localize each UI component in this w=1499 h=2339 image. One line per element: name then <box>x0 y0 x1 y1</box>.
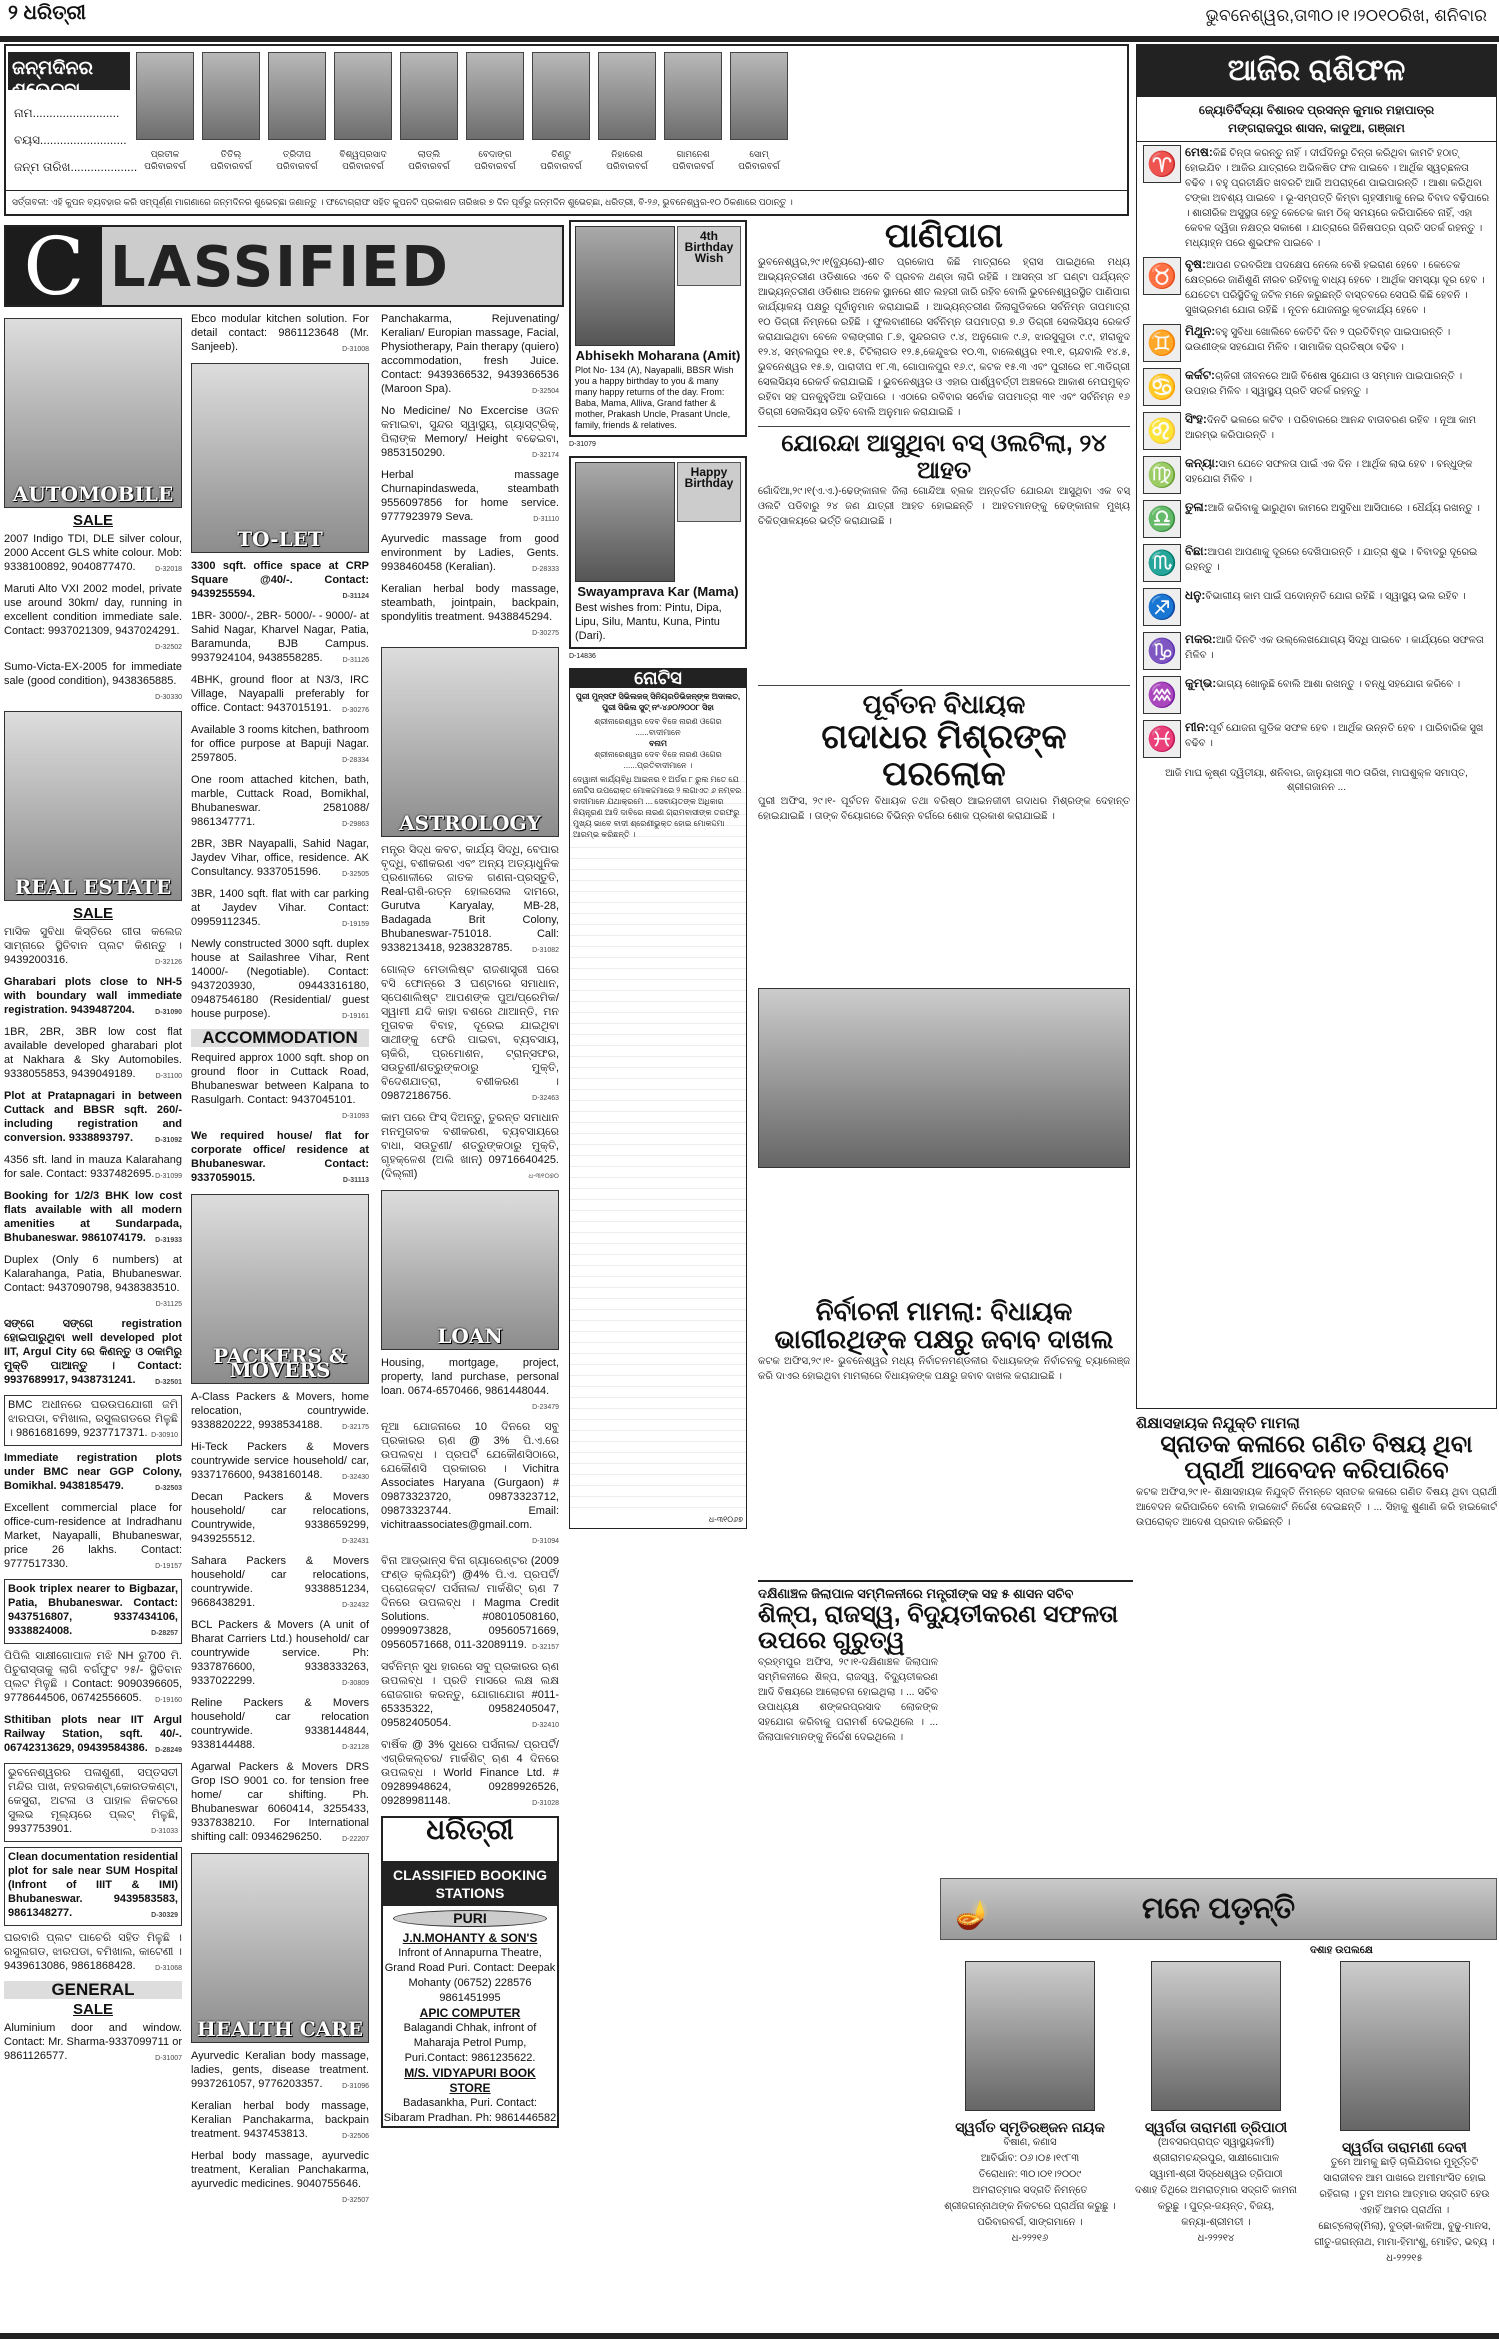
loan-image: LOAN <box>381 1190 559 1350</box>
ad-code: D-31933 <box>155 1234 182 1248</box>
classified-ad: 1BR, 2BR, 3BR low cost flat available de… <box>4 1025 182 1084</box>
horoscope-text: ସିଂହ:ଦିନଟି ଭଲରେ କଟିବ । ପରିବାରରେ ଆନନ୍ଦ ବା… <box>1185 412 1490 450</box>
classified-ad: We required house/ flat for corporate of… <box>191 1129 369 1188</box>
birthday-wish-card: Happy Birthday Swayamprava Kar (Mama) Be… <box>569 456 747 649</box>
sign-name: ବିଛା: <box>1185 544 1208 558</box>
ad-list: Aluminium door and window. Contact: Mr. … <box>4 2021 182 2066</box>
birthday-coupon-title: ଜନ୍ମଦିନର ଶୁଭେଚ୍ଛା <box>8 52 130 90</box>
coupon-age-field: ବୟସ.......................... <box>14 127 137 154</box>
libra-icon: ♎ <box>1143 500 1181 538</box>
sign-name: ଧନୁ: <box>1185 588 1205 602</box>
ad-code: D-14836 <box>569 653 747 660</box>
banner-c: C <box>6 227 102 307</box>
classified-ad: Book triplex nearer to Bigbazar, Patia, … <box>4 1579 182 1644</box>
kid-card: ବିଶ୍ୱପ୍ରସାଦପରିବାରବର୍ଗ <box>334 52 392 172</box>
classified-ad: ସଙ୍ଗେ ସଙ୍ଗେ registration ହୋଇପାରୁଥିବା wel… <box>4 1317 182 1390</box>
station-detail: Badasankha, Puri. Contact: Sibaram Pradh… <box>383 2096 557 2126</box>
classified-ad: Agarwal Packers & Movers DRS Grop ISO 90… <box>191 1760 369 1847</box>
horoscope-sign: ♉ବୃଷ:ଆପଣ ତରବରିଆ ପଦକ୍ଷେପ ନେଲେ ବେଶି ହଇରାଣ … <box>1137 254 1496 321</box>
weather-title: ପାଣିପାଗ <box>758 218 1130 255</box>
sign-name: ମକର: <box>1185 632 1216 646</box>
ad-code: D-31082 <box>532 944 559 958</box>
kid-photo <box>598 52 656 140</box>
classified-ad: A-Class Packers & Movers, home relocatio… <box>191 1390 369 1435</box>
wish-name: Abhisekh Moharana (Amit) <box>575 350 741 361</box>
obituary-card: ସ୍ୱର୍ଗତା ତାରାମଣୀ ଦେବୀ ତୁମେ ଆମକୁ ଛାଡ଼ି ଚା… <box>1312 1945 1497 2267</box>
obituary-line: ଅମରାତ୍ମାର ସଦ୍‌ଗତି ନିମନ୍ତେ ଶ୍ରୀଜଗନ୍ନାଥଙ୍କ… <box>940 2183 1120 2215</box>
kid-name: ସୋମ୍ <box>730 148 788 160</box>
kid-card: ଗାମନେଶପରିବାରବର୍ଗ <box>664 52 722 172</box>
classified-ad: Ebco modular kitchen solution. For detai… <box>191 312 369 357</box>
wish-body: Plot No- 134 (A), Nayapalli, BBSR Wish y… <box>575 365 741 431</box>
classified-ad: Keralian herbal body massage, steambath,… <box>381 582 559 641</box>
mla-body-cont <box>758 1172 1130 1297</box>
mane-padanti-banner: 🪔 ମନେ ପଡ଼ନ୍ତି <box>940 1878 1497 1940</box>
classified-ad: କାମ ପରେ ଫିସ୍ ଦିଅନ୍ତୁ, ତୁରନ୍ତ ସମାଧାନ ମନମୁ… <box>381 1111 559 1184</box>
election-headline-2: ଭାଗୀରଥିଙ୍କ ପକ୍ଷରୁ ଜବାବ ଦାଖଲ <box>758 1325 1130 1354</box>
ad-code: ଧ-୨୨୨୧୪ <box>1126 2231 1306 2247</box>
obituary-line: ପରିବାରବର୍ଗ, ସାଙ୍ଗମାନେ । <box>940 2215 1120 2231</box>
horoscope-text: କନ୍ୟା:ସାମ ଯେତେ ସଫଳତା ପାଇଁ ଏକ ଦିନ । ଆର୍ଥି… <box>1185 456 1490 494</box>
kid-photo <box>466 52 524 140</box>
ad-code: D-30809 <box>342 1677 369 1691</box>
ad-code: D-32430 <box>342 1471 369 1485</box>
horoscope-title: ଆଜିର ରାଶିଫଳ <box>1137 45 1496 97</box>
kid-card: ପ୍ରତୀକପରିବାରବର୍ଗ <box>136 52 194 172</box>
scorpio-icon: ♏ <box>1143 544 1181 582</box>
ad-text: Required approx 1000 sqft. shop on groun… <box>191 1052 369 1106</box>
classified-ad: Herbal massage Churnapindasweda, steamba… <box>381 468 559 527</box>
booking-city: PURI <box>393 1910 547 1927</box>
birthday-coupon: ଜନ୍ମଦିନର ଶୁଭେଚ୍ଛା ନାମ...................… <box>4 44 1129 216</box>
classified-ad: Duplex (Only 6 numbers) at Kalarahanga, … <box>4 1253 182 1312</box>
gemini-icon: ♊ <box>1143 324 1181 362</box>
sign-name: ତୁଳା: <box>1185 500 1208 514</box>
classified-ad: Reline Packers & Movers household/ car r… <box>191 1696 369 1755</box>
horoscope-text: ମେଷ:କିଛି ଚିନ୍ତା କରନ୍ତୁ ନାହିଁ । ଦୀର୍ଘଦିନର… <box>1185 145 1490 251</box>
diya-icon: 🪔 <box>955 1885 990 1945</box>
kid-name: ଲାଡ୍‌ଲି <box>400 148 458 160</box>
classified-ad: ବାର୍ଷିକ @ 3% ସୁଧରେ ପର୍ସନାଲ/ ପ୍ରପର୍ଟି/ ଏଗ… <box>381 1738 559 1811</box>
classified-ad: ବିନା ଆଡ୍‌ଭାନ୍ସ ବିନା ଗ୍ୟାରେଣ୍ଟର (2009 ଫଣ୍… <box>381 1554 559 1655</box>
ad-text: Maruti Alto VXI 2002 model, private use … <box>4 583 182 637</box>
kid-from: ପରିବାରବର୍ଗ <box>532 160 590 172</box>
horoscope-text: ବୃଷ:ଆପଣ ତରବରିଆ ପଦକ୍ଷେପ ନେଲେ ବେଶି ହଇରାଣ ହ… <box>1185 257 1490 318</box>
ad-code: D-31079 <box>569 441 747 448</box>
ad-code: D-19161 <box>342 1010 369 1024</box>
aries-icon: ♈ <box>1143 145 1181 183</box>
ad-code: D-28334 <box>342 754 369 768</box>
sale-heading: SALE <box>4 514 182 528</box>
obituary-name: ସ୍ୱର୍ଗତ ସ୍ମୃତିରଞ୍ଜନ ନାୟକ <box>940 2119 1120 2135</box>
page-label: ୨ ଧରିତ୍ରୀ <box>8 2 86 25</box>
bus-body: ଗୋଁଦିଆ,୨୯।୧(ଏ.ଏ.)-ଢେଙ୍କାନାଳ ଜିଲା ଗୋନ୍ଦିଆ… <box>758 484 1130 679</box>
ad-code: D-30275 <box>532 627 559 641</box>
classified-ad: Sahara Packers & Movers household/ car r… <box>191 1554 369 1613</box>
classified-ad: No Medicine/ No Excercise ଓଜନ କମାଇବା, ସୁ… <box>381 404 559 463</box>
obituary-line: ତୁମେ ଆମକୁ ଛାଡ଼ି ଚାଲିଯିବାର ମୁହୂର୍ତ୍ତଟି ସା… <box>1312 2155 1497 2219</box>
author-name: ଜ୍ୟୋତିର୍ବିଦ୍ୟା ବିଶାରଦ ପ୍ରସନ୍ନ କୁମାର ମହାପ… <box>1141 101 1492 119</box>
teacher-story: ଶିକ୍ଷାସହାୟକ ନିଯୁକ୍ତି ମାମଲା ସ୍ନାତକ କଳାରେ … <box>1136 1415 1497 1785</box>
classified-ad: Gharabari plots close to NH-5 with bound… <box>4 975 182 1020</box>
ad-code: D-30910 <box>151 1429 178 1443</box>
funeral-photo <box>758 988 1130 1168</box>
kid-from: ପରିବାରବର୍ଗ <box>400 160 458 172</box>
kid-from: ପରିବାରବର୍ଗ <box>268 160 326 172</box>
obituary-card: ସ୍ୱର୍ଗତ ସ୍ମୃତିରଞ୍ଜନ ନାୟକ ବିଷାଣ, କଣାସ ଆବି… <box>940 1945 1120 2267</box>
classified-ad: BMC ଅଧୀନରେ ଘରଉପଯୋଗୀ ଜମି ଝାରପଡା, ବମିଖାଲ, … <box>4 1395 182 1446</box>
horoscope-text: ମକର:ଆଜି ଦିନଟି ଏକ ଉଲ୍ଲେଖଯୋଗ୍ୟ ସିଦ୍ଧି ପାଇବ… <box>1185 632 1490 670</box>
booking-title: CLASSIFIED BOOKING STATIONS <box>383 1862 557 1906</box>
classified-ad: ପିପିଲି ସାକ୍ଷୀଗୋପାଳ ମଝି NH ରୁ700 ମି. ପିଚୁ… <box>4 1649 182 1708</box>
accommodation-heading: ACCOMMODATION <box>191 1029 369 1047</box>
classified-ad: Herbal body massage, ayurvedic treatment… <box>191 2149 369 2208</box>
ad-code: D-31124 <box>343 590 369 604</box>
obituary-photo <box>1151 1961 1281 2111</box>
kid-card: ଚିଣ୍ଟୁପରିବାରବର୍ଗ <box>532 52 590 172</box>
ad-list: Housing, mortgage, project, property, la… <box>381 1356 559 1811</box>
station-detail: Infront of Annapurna Theatre, Grand Road… <box>383 1946 557 2006</box>
ad-code: D-32463 <box>532 1092 559 1106</box>
ad-list: Ebco modular kitchen solution. For detai… <box>191 312 369 357</box>
classified-ad: One room attached kitchen, bath, marble,… <box>191 773 369 832</box>
horoscope-sign: ♐ଧନୁ:ବିଭାଗୀୟ କାମ ପାଇଁ ପଦୋନ୍ନତି ଯୋଗ ରହିଛି… <box>1137 585 1496 629</box>
classified-ad: Sumo-Victa-EX-2005 for immediate sale (g… <box>4 660 182 705</box>
kid-name: ତିତିଲ୍ <box>202 148 260 160</box>
weather-story: ପାଣିପାଗ ଭୁବନେଶ୍ୱର,୨୯।୧(ବ୍ୟୁରୋ)-ଶୀତ ପ୍ରକୋ… <box>758 218 1130 1524</box>
classified-ad: Housing, mortgage, project, property, la… <box>381 1356 559 1415</box>
kid-from: ପରିବାରବର୍ଗ <box>730 160 788 172</box>
horoscope-signs: ♈ମେଷ:କିଛି ଚିନ୍ତା କରନ୍ତୁ ନାହିଁ । ଦୀର୍ଘଦିନ… <box>1137 142 1496 761</box>
classified-ad: BCL Packers & Movers (A unit of Bharat C… <box>191 1618 369 1691</box>
mla-headline-1: ପୂର୍ବତନ ବିଧାୟକ <box>758 685 1130 719</box>
banner-rest: LASSIFIED <box>110 235 450 300</box>
ad-code: D-32174 <box>532 449 559 463</box>
mla-headline-2: ଗଦାଧର ମିଶ୍ରଙ୍କ ପରଲୋକ <box>758 719 1130 794</box>
horoscope-footer: ଆଜି ମାଘ କୃଷ୍ଣ ଦ୍ୱିତୀୟା, ଶନିବାର, ଜାନୁୟାରୀ… <box>1137 761 1496 801</box>
taurus-icon: ♉ <box>1143 257 1181 295</box>
mane-padanti-title: ମନେ ପଡ଼ନ୍ତି <box>1142 1892 1295 1925</box>
ad-code: D-32505 <box>342 868 369 882</box>
ad-text: Newly constructed 3000 sqft. duplex hous… <box>191 938 369 1020</box>
ad-code: D-31008 <box>342 343 369 357</box>
cancer-icon: ♋ <box>1143 368 1181 406</box>
packers-movers-image: PACKERS & MOVERS <box>191 1194 369 1384</box>
notice-plaintiff: ଶ୍ରୀନାରେଶ୍ୱର ଦେବ ବିଜେ ନାରଣ ଓଗେର ......ବା… <box>570 716 746 738</box>
ad-text: ନୂଆ ଯୋଜନାରେ 10 ଦିନରେ ସବୁ ପ୍ରକାରର ଋଣ @ 3%… <box>381 1421 559 1531</box>
horoscope-sign: ♒କୁମ୍ଭ:ଭାଗ୍ୟ ଖୋଲୁଛି ବୋଲି ଆଶା ରଖନ୍ତୁ । ବନ… <box>1137 673 1496 717</box>
pisces-icon: ♓ <box>1143 720 1181 758</box>
ad-code: ଧ-୨୨୨୧୬ <box>940 2231 1120 2247</box>
wish-body: Best wishes from: Pintu, Dipa, Lipu, Sil… <box>575 601 741 643</box>
notice-body: ଦେୱାନୀ କାର୍ଯ୍ୟବିଧି ଆଇନର ୧ ଅର୍ଡର ୮ ରୁଲ ମତ… <box>570 771 746 1511</box>
station-name: J.N.MOHANTY & SON'S <box>383 1931 557 1946</box>
ad-code: D-32431 <box>342 1535 369 1549</box>
category-label: PACKERS & MOVERS <box>192 1349 368 1377</box>
ad-code: D-32126 <box>155 956 182 970</box>
classified-ad: Panchakarma, Rejuvenating/ Keralian/ Eur… <box>381 312 559 399</box>
classified-ad: 4356 sft. land in mauza Kalarahang for s… <box>4 1153 182 1184</box>
ad-code: ଧ-୩୧୦୬୭ <box>570 1511 746 1528</box>
bottom-rule <box>0 2333 1499 2339</box>
obituary-line: ସ୍ୱାମୀ-ଶ୍ରୀ ସିଦ୍ଧେଶ୍ୱର ତ୍ରିପାଠୀ <box>1126 2167 1306 2183</box>
horoscope-text: ମୀନ:ପୂର୍ବ ଯୋଜନା ଗୁଡିକ ସଫଳ ହେବ । ଆର୍ଥିକ ଉ… <box>1185 720 1490 758</box>
horoscope-text: କୁମ୍ଭ:ଭାଗ୍ୟ ଖୋଲୁଛି ବୋଲି ଆଶା ରଖନ୍ତୁ । ବନ୍… <box>1185 676 1460 714</box>
kid-photo <box>532 52 590 140</box>
coupon-name-field: ନାମ.......................... <box>14 100 137 127</box>
sign-name: ସିଂହ: <box>1185 412 1207 426</box>
election-body: କଟକ ଅଫିସ,୨୯।୧- ଭୁବନେଶ୍ୱର ମଧ୍ୟ ନିର୍ବାଚନମଣ… <box>758 1354 1130 1524</box>
classified-ad: Ayurvedic massage from good environment … <box>381 532 559 577</box>
ad-list: Ayurvedic Keralian body massage, ladies,… <box>191 2049 369 2208</box>
horoscope-sign: ♑ମକର:ଆଜି ଦିନଟି ଏକ ଉଲ୍ଲେଖଯୋଗ୍ୟ ସିଦ୍ଧି ପାଇ… <box>1137 629 1496 673</box>
horoscope-text: ମିଥୁନ:ବହୁ ସୁବିଧା ଖୋଲିବେ କେତିଟି ଦିନ ୨ ପ୍ର… <box>1185 324 1490 362</box>
classified-ad: Booking for 1/2/3 BHK low cost flats ava… <box>4 1189 182 1248</box>
kid-name: ଗାମନେଶ <box>664 148 722 160</box>
wish-photo <box>575 226 675 346</box>
ad-text: Agarwal Packers & Movers DRS Grop ISO 90… <box>191 1761 369 1843</box>
ad-code: D-31125 <box>156 1298 182 1312</box>
health-care-image: HEALTH CARE <box>191 1853 369 2043</box>
ad-text: Housing, mortgage, project, property, la… <box>381 1357 559 1397</box>
category-label: LOAN <box>382 1329 558 1343</box>
obituary-line: ଶ୍ରୀରାମଚନ୍ଦ୍ରପୁର, ସାକ୍ଷୀଗୋପାଳ <box>1126 2151 1306 2167</box>
obituary-name: ସ୍ୱର୍ଗତା ତାରାମଣୀ ଦେବୀ <box>1312 2139 1497 2155</box>
ad-code: D-31096 <box>342 2080 369 2094</box>
category-label: REAL ESTATE <box>5 880 181 894</box>
teacher-body: କଟକ ଅଫିସ,୨୯।୧- ଶିକ୍ଷାସହାୟକ ନିଯୁକ୍ତି ନିମନ… <box>1136 1485 1497 1785</box>
ad-code: D-32018 <box>155 563 182 577</box>
classified-banner: C LASSIFIED <box>4 225 564 307</box>
kid-photo <box>730 52 788 140</box>
horoscope-text: କର୍କଟ:ଚାକିରୀ ଜୀବନରେ ଆଜି ବିଶେଷ ସୁଯୋଗ ଓ ସମ… <box>1185 368 1490 406</box>
ad-list: Panchakarma, Rejuvenating/ Keralian/ Eur… <box>381 312 559 641</box>
station-name: APIC COMPUTER <box>383 2006 557 2021</box>
ad-list: 3300 sqft. office space at CRP Square @4… <box>191 559 369 1024</box>
masthead-rule <box>0 36 1499 42</box>
classified-ad: ସର୍ବନିମ୍ନ ସୁଧ ହାରରେ ସବୁ ପ୍ରକାରର ଋଣ ଉପଲବ୍… <box>381 1660 559 1733</box>
ad-code: D-30329 <box>151 1909 178 1923</box>
ad-text: ଗୋଲ୍ଡ ମେଡାଲିଷ୍ଟ ରାଜଶାସ୍ତ୍ରୀ ଘରେ ବସି ଫୋନ୍… <box>381 964 559 1102</box>
to-let-image: TO-LET <box>191 363 369 553</box>
sign-name: ମିଥୁନ: <box>1185 324 1215 338</box>
sign-name: କର୍କଟ: <box>1185 368 1215 382</box>
obituary-line: ଦଶାହ ତିଥିରେ ଅମରାତ୍ମାର ସଦ୍‌ଗତି କାମନା କରୁଛ… <box>1126 2183 1306 2215</box>
classified-ad: 1BR- 3000/-, 2BR- 5000/- - 9000/- at Sah… <box>191 609 369 668</box>
kid-name: ବିଶ୍ୱପ୍ରସାଦ <box>334 148 392 160</box>
kid-name: ବେଦାଙ୍ଗ <box>466 148 524 160</box>
dharitri-logo: ଧରିତ୍ରୀ <box>383 1818 557 1862</box>
dateline: ଭୁବନେଶ୍ୱର,ତା୩୦।୧।୨୦୧୦ରିଖ, ଶନିବାର <box>1206 6 1487 26</box>
category-label: TO-LET <box>192 532 368 546</box>
ad-code: D-31093 <box>342 1110 369 1124</box>
kid-from: ପରିବାରବର୍ଗ <box>466 160 524 172</box>
bus-headline: ଯୋରନ୍ଦା ଆସୁଥିବା ବସ୍ ଓଲଟିଲା, ୨୪ ଆହତ <box>758 426 1130 484</box>
ad-code: D-29863 <box>342 818 369 832</box>
ad-code: D-32128 <box>342 1741 369 1755</box>
horoscope-sign: ♌ସିଂହ:ଦିନଟି ଭଲରେ କଟିବ । ପରିବାରରେ ଆନନ୍ଦ ବ… <box>1137 409 1496 453</box>
classified-ad: 2BR, 3BR Nayapalli, Sahid Nagar, Jaydev … <box>191 837 369 882</box>
ad-code: D-31113 <box>343 1174 369 1188</box>
kid-card: ନିହାରେଶପରିବାରବର୍ଗ <box>598 52 656 172</box>
coupon-terms: ସର୍ତ୍ତାବଳୀ: ଏହି କୁପନ ବ୍ୟବହାର କରି ସମ୍ପୂର୍… <box>6 190 1127 214</box>
horoscope-author: ଜ୍ୟୋତିର୍ବିଦ୍ୟା ବିଶାରଦ ପ୍ରସନ୍ନ କୁମାର ମହାପ… <box>1137 97 1496 142</box>
sign-name: କୁମ୍ଭ: <box>1185 676 1216 690</box>
classified-ad: Plot at Pratapnagari in between Cuttack … <box>4 1089 182 1148</box>
ad-list: 2007 Indigo TDI, DLE silver colour, 2000… <box>4 532 182 705</box>
classified-ad: Available 3 rooms kitchen, bathroom for … <box>191 723 369 768</box>
kid-from: ପରିବାରବର୍ଗ <box>664 160 722 172</box>
teacher-headline-1: ସ୍ନାତକ କଳାରେ ଗଣିତ ବିଷୟ ଥିବା <box>1136 1432 1497 1458</box>
horoscope-sign: ♋କର୍କଟ:ଚାକିରୀ ଜୀବନରେ ଆଜି ବିଶେଷ ସୁଯୋଗ ଓ ସ… <box>1137 365 1496 409</box>
obituary-line: କନ୍ୟା-ଶ୍ରୀମତୀ । <box>1126 2215 1306 2231</box>
notice-head: ପୁରୀ ମୁନ୍‌ସଫ ସିଭିଲଜଜ୍ ସିନିୟରଡିଭିଜନ୍‌ଙ୍କ … <box>570 688 746 716</box>
classified-column-3: Panchakarma, Rejuvenating/ Keralian/ Eur… <box>381 312 559 2128</box>
classified-ad: ମାସିକ ସୁବିଧା କିସ୍ତିରେ ଗୀତା କଲେଜ ସାମ୍ନାରେ… <box>4 925 182 970</box>
ad-code: D-22207 <box>342 1833 369 1847</box>
ad-code: D-31007 <box>155 2052 182 2066</box>
wish-photo <box>575 462 675 582</box>
classified-ad: Decan Packers & Movers household/ car re… <box>191 1490 369 1549</box>
weather-body: ଭୁବନେଶ୍ୱର,୨୯।୧(ବ୍ୟୁରୋ)-ଶୀତ ପ୍ରକୋପ କିଛି ମ… <box>758 255 1130 420</box>
kid-photo <box>136 52 194 140</box>
obituary-line: (ଅବସରପ୍ରାପ୍ତ ସ୍ୱାସ୍ଥ୍ୟକର୍ମୀ) <box>1126 2135 1306 2151</box>
classified-ad: Required approx 1000 sqft. shop on groun… <box>191 1051 369 1124</box>
category-label: AUTOMOBILE <box>5 487 181 501</box>
teacher-kicker: ଶିକ୍ଷାସହାୟକ ନିଯୁକ୍ତି ମାମଲା <box>1136 1415 1497 1432</box>
station-name: M/S. VIDYAPURI BOOK STORE <box>383 2066 557 2096</box>
ad-code: D-32502 <box>155 641 182 655</box>
ad-code: D-32410 <box>532 1719 559 1733</box>
astrology-image: ASTROLOGY <box>381 647 559 837</box>
aquarius-icon: ♒ <box>1143 676 1181 714</box>
ad-code: D-28257 <box>151 1627 178 1641</box>
sign-name: ବୃଷ: <box>1185 257 1206 271</box>
classified-ad: ଘରବାରି ପ୍ଲଟ ପାଚେରି ସହିତ ମିଳୁଛି । ରସୁଲଗଡ,… <box>4 1931 182 1976</box>
south-kicker: ଦକ୍ଷିଣାଞ୍ଚଳ ଜିଲାପାଳ ସମ୍ମିଳନୀରେ ମନ୍ତ୍ରୀଙ୍… <box>758 1580 1133 1602</box>
author-place: ମଙ୍ଗରାଜପୁର ଶାସନ, କାଦୁଆ, ଗଞ୍ଜାମ <box>1141 119 1492 137</box>
horoscope-panel: ଆଜିର ରାଶିଫଳ ଜ୍ୟୋତିର୍ବିଦ୍ୟା ବିଶାରଦ ପ୍ରସନ୍… <box>1136 44 1497 1409</box>
ad-code: D-32503 <box>155 1482 182 1496</box>
coupon-dob-field: ଜନ୍ମ ତାରିଖ.................... <box>14 154 137 181</box>
ad-code: D-31068 <box>155 1962 182 1976</box>
kid-photo <box>268 52 326 140</box>
general-heading: GENERAL <box>4 1981 182 1999</box>
ad-code: D-31126 <box>343 654 369 668</box>
ad-text: Sumo-Victa-EX-2005 for immediate sale (g… <box>4 661 182 687</box>
ad-code: D-32175 <box>342 1421 369 1435</box>
category-label: ASTROLOGY <box>382 816 558 830</box>
classified-ad: 2007 Indigo TDI, DLE silver colour, 2000… <box>4 532 182 577</box>
wish-name: Swayamprava Kar (Mama) <box>575 586 741 597</box>
classified-ad: Hi-Teck Packers & Movers countrywide ser… <box>191 1440 369 1485</box>
sale-heading: SALE <box>4 907 182 921</box>
classified-ad: Keralian herbal body massage, Keralian P… <box>191 2099 369 2144</box>
classified-ad: 3300 sqft. office space at CRP Square @4… <box>191 559 369 604</box>
horoscope-sign: ♓ମୀନ:ପୂର୍ବ ଯୋଜନା ଗୁଡିକ ସଫଳ ହେବ । ଆର୍ଥିକ … <box>1137 717 1496 761</box>
kid-name: ପ୍ରତୀକ <box>136 148 194 160</box>
ad-code: D-31110 <box>533 513 559 527</box>
kid-from: ପରିବାରବର୍ଗ <box>202 160 260 172</box>
birthday-kids: ପ୍ରତୀକପରିବାରବର୍ଗ ତିତିଲ୍ପରିବାରବର୍ଗ ତ୍ରିଦୀ… <box>136 52 788 172</box>
coupon-fields: ନାମ.......................... ବୟସ.......… <box>14 100 137 181</box>
station-detail: Balagandi Chhak, infront of Maharaja Pet… <box>383 2021 557 2066</box>
ad-code: D-19160 <box>155 1694 182 1708</box>
horoscope-sign: ♏ବିଛା:ଆପଣ ଆପଣାକୁ ଦୂରରେ ଦେଖିପାରନ୍ତି । ଯାତ… <box>1137 541 1496 585</box>
classified-ad: ମନ୍ତ୍ର ସିଦ୍ଧ କବଚ, କାର୍ଯ୍ୟ ସିଦ୍ଧି, ବେପାର … <box>381 843 559 958</box>
classified-ad: 3BR, 1400 sqft. flat with car parking at… <box>191 887 369 932</box>
ad-list: ମନ୍ତ୍ର ସିଦ୍ଧ କବଚ, କାର୍ଯ୍ୟ ସିଦ୍ଧି, ବେପାର … <box>381 843 559 1184</box>
classified-ad: ଗୋଲ୍ଡ ମେଡାଲିଷ୍ଟ ରାଜଶାସ୍ତ୍ରୀ ଘରେ ବସି ଫୋନ୍… <box>381 963 559 1106</box>
ad-code: D-28249 <box>155 1744 182 1758</box>
horoscope-sign: ♈ମେଷ:କିଛି ଚିନ୍ତା କରନ୍ତୁ ନାହିଁ । ଦୀର୍ଘଦିନ… <box>1137 142 1496 254</box>
obituary-line: ଛୋଟ୍‌ଲୋକ୍(ମିଲା), ବୁଡ୍ଢୀ-କାଳିଆ, ବୁଢୁ-ମାନସ… <box>1312 2219 1497 2251</box>
classified-ad: Sthitiban plots near IIT Argul Railway S… <box>4 1713 182 1758</box>
sagittarius-icon: ♐ <box>1143 588 1181 626</box>
automobile-image: AUTOMOBILE <box>4 318 182 508</box>
classified-ad: Excellent commercial place for office-cu… <box>4 1501 182 1574</box>
ad-text: Keralian herbal body massage, steambath,… <box>381 583 559 623</box>
ad-code: D-31033 <box>151 1825 178 1839</box>
kid-card: ସୋମ୍ପରିବାରବର୍ଗ <box>730 52 788 172</box>
mla-body: ପୁରୀ ଅଫିସ, ୨୯।୧- ପୂର୍ବତନ ବିଧାୟକ ତଥା ବରିଷ… <box>758 794 1130 984</box>
kid-card: ଲାଡ୍‌ଲିପରିବାରବର୍ଗ <box>400 52 458 172</box>
obituary-name: ସ୍ୱର୍ଗତା ତାରାମଣୀ ତ୍ରିପାଠୀ <box>1126 2119 1306 2135</box>
classified-ad: Ayurvedic Keralian body massage, ladies,… <box>191 2049 369 2094</box>
sign-name: କନ୍ୟା: <box>1185 456 1219 470</box>
ad-list: Required approx 1000 sqft. shop on groun… <box>191 1051 369 1188</box>
ad-text: ବିନା ଆଡ୍‌ଭାନ୍ସ ବିନା ଗ୍ୟାରେଣ୍ଟର (2009 ଫଣ୍… <box>381 1555 559 1651</box>
south-headline: ଶିଳ୍ପ, ରାଜସ୍ୱ, ବିଦ୍ୟୁତୀକରଣ ସଫଳତା ଉପରେ ଗୁ… <box>758 1602 1133 1655</box>
classified-ad: Maruti Alto VXI 2002 model, private use … <box>4 582 182 655</box>
booking-stations-box: ଧରିତ୍ରୀ CLASSIFIED BOOKING STATIONS PURI… <box>381 1816 559 2128</box>
ad-code: D-31094 <box>532 1535 559 1549</box>
ad-text: Herbal body massage, ayurvedic treatment… <box>191 2150 369 2190</box>
kid-card: ତିତିଲ୍ପରିବାରବର୍ଗ <box>202 52 260 172</box>
category-label: HEALTH CARE <box>192 2022 368 2036</box>
ad-code: D-32504 <box>532 385 559 399</box>
obituary-line: ବିଷାଣ, କଣାସ <box>940 2135 1120 2151</box>
sign-name: ମୀନ: <box>1185 720 1209 734</box>
ad-code: ଧ-୨୨୨୧୫ <box>1312 2251 1497 2267</box>
sign-name: ମେଷ: <box>1185 145 1213 159</box>
kid-card: ତ୍ରିଦୀପପରିବାରବର୍ଗ <box>268 52 326 172</box>
classified-ad: Clean documentation residential plot for… <box>4 1847 182 1926</box>
ad-code: ଧ-୩୧୦୭୦ <box>528 1170 559 1184</box>
classified-ad: Newly constructed 3000 sqft. duplex hous… <box>191 937 369 1024</box>
notice-versus: ବନାମ <box>570 738 746 749</box>
kid-card: ବେଦାଙ୍ଗପରିବାରବର୍ଗ <box>466 52 524 172</box>
ad-code: D-32507 <box>342 2194 369 2208</box>
kid-photo <box>202 52 260 140</box>
ad-code: D-31090 <box>155 1006 182 1020</box>
ad-code: D-30330 <box>155 691 182 705</box>
legal-notice: ନୋଟିସ ପୁରୀ ମୁନ୍‌ସଫ ସିଭିଲଜଜ୍ ସିନିୟରଡିଭିଜନ… <box>569 668 747 1529</box>
obituary-card: ସ୍ୱର୍ଗତା ତାରାମଣୀ ତ୍ରିପାଠୀ (ଅବସରପ୍ରାପ୍ତ ସ… <box>1126 1945 1306 2267</box>
ad-text: Panchakarma, Rejuvenating/ Keralian/ Eur… <box>381 313 559 395</box>
ad-code: D-19159 <box>342 918 369 932</box>
kid-name: ନିହାରେଶ <box>598 148 656 160</box>
horoscope-sign: ♎ତୁଳା:ଆଜି କରିବାକୁ ଭାରୁଥିବା କାମରେ ଅସୁବିଧା… <box>1137 497 1496 541</box>
ad-code: D-19157 <box>155 1560 182 1574</box>
wish-tag: Happy Birthday <box>677 462 741 522</box>
kid-name: ତ୍ରିଦୀପ <box>268 148 326 160</box>
kid-photo <box>664 52 722 140</box>
notice-defendant: ଶ୍ରୀନାରେଶ୍ୱର ଦେବ ବିଜେ ନାରଣ ଓଗେର ......ପ୍… <box>570 749 746 771</box>
ad-code: D-31099 <box>155 1170 182 1184</box>
ad-text: ମନ୍ତ୍ର ସିଦ୍ଧ କବଚ, କାର୍ଯ୍ୟ ସିଦ୍ଧି, ବେପାର … <box>381 844 559 954</box>
real-estate-image: REAL ESTATE <box>4 711 182 901</box>
